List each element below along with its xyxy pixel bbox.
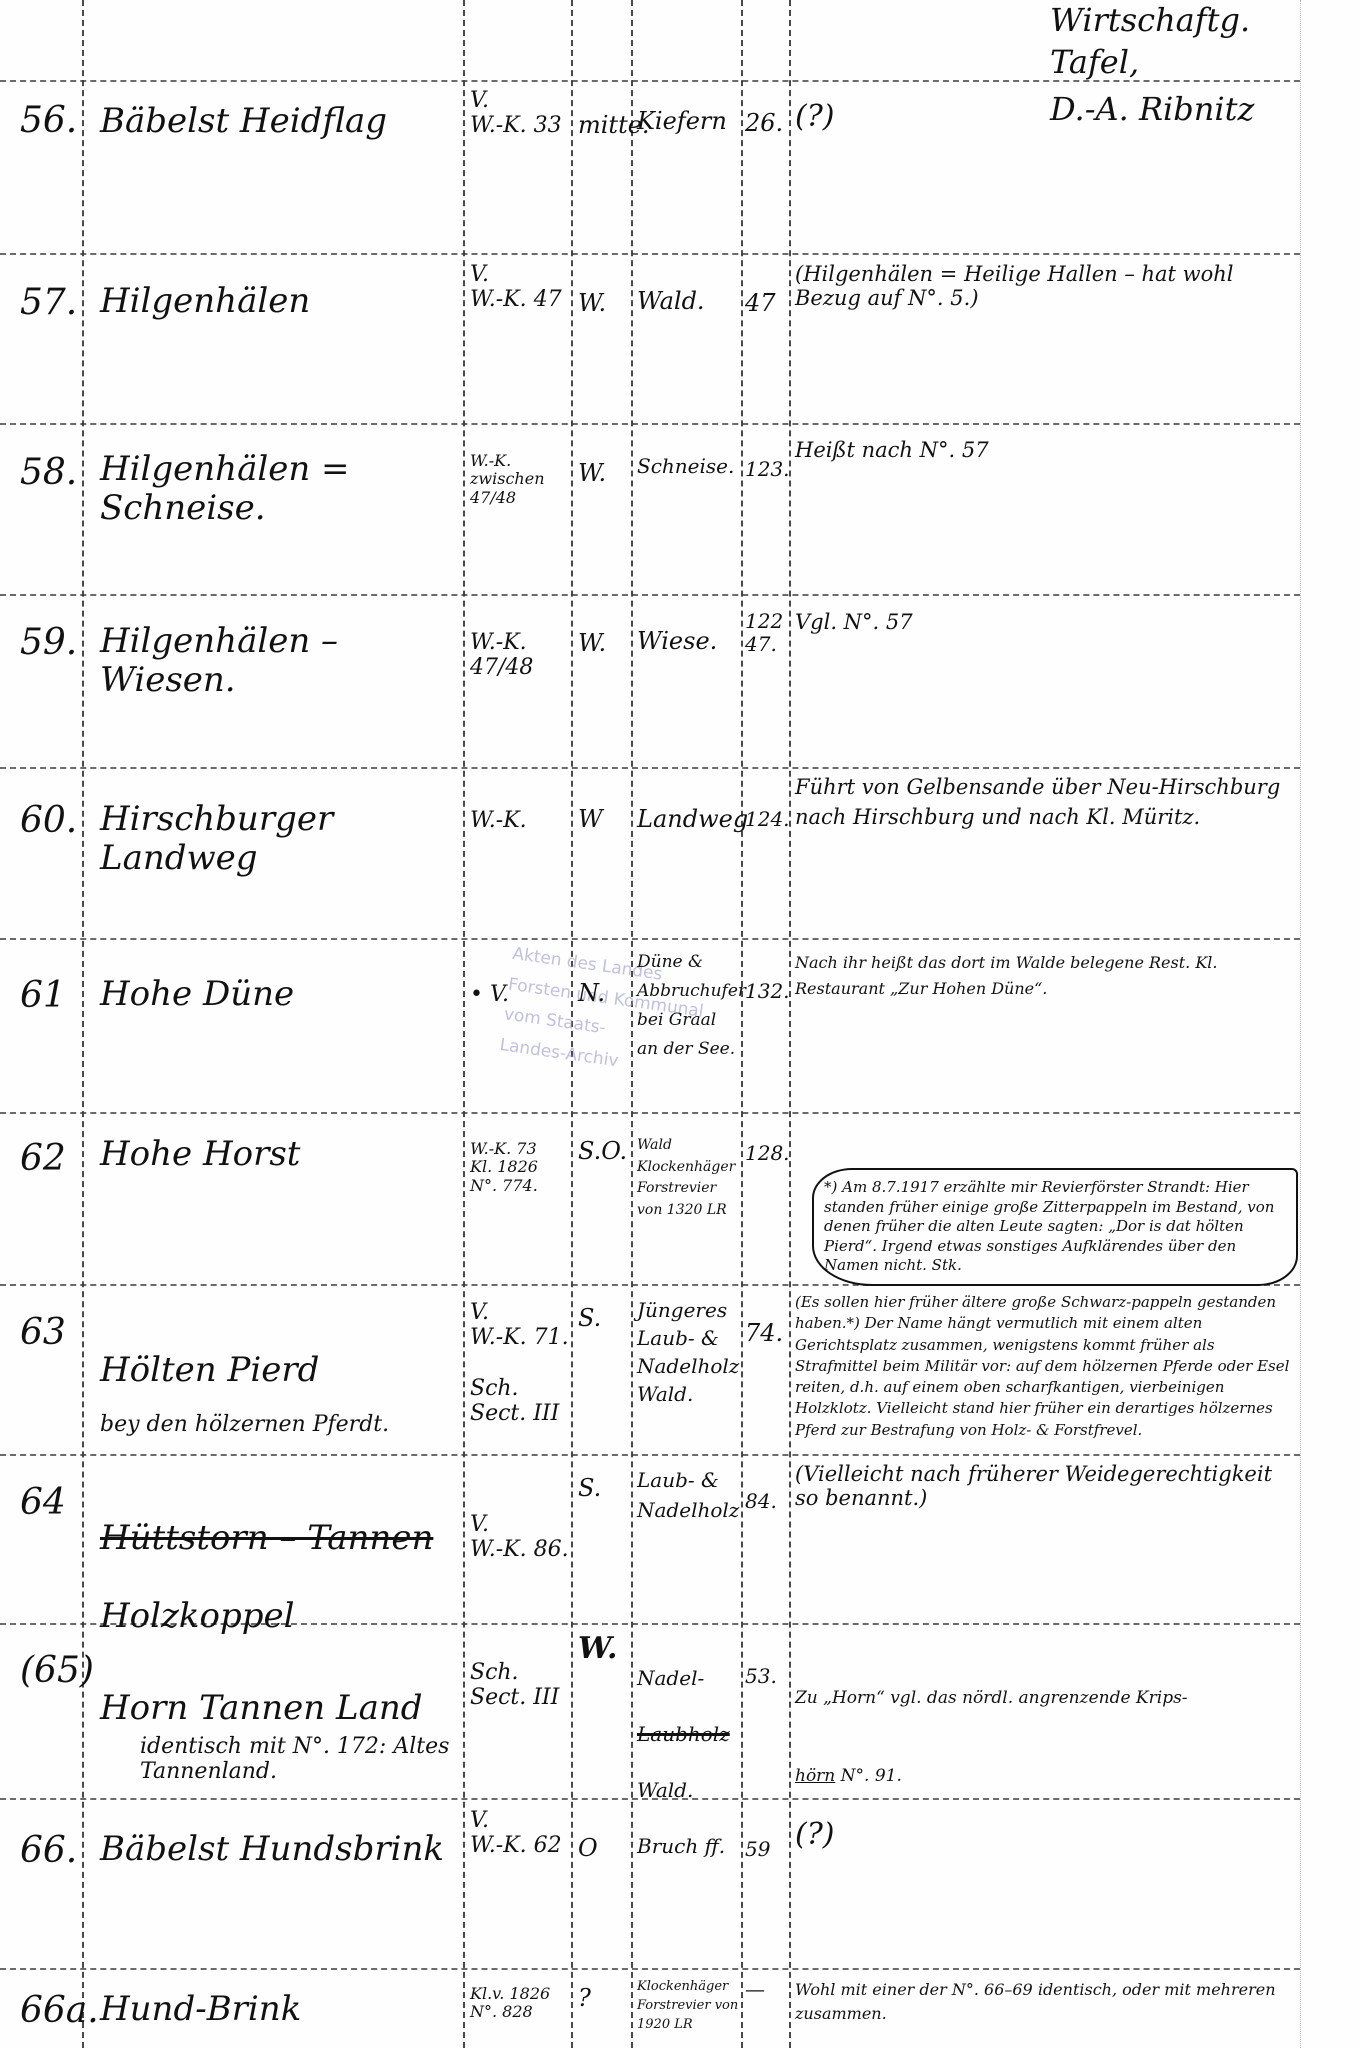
column-rule [1300, 0, 1301, 2048]
area-ref: 122 47. [745, 610, 789, 656]
land-type-main: Wald. [637, 1778, 693, 1802]
footnote-box: *) Am 8.7.1917 erzählte mir Revierförste… [812, 1168, 1298, 1286]
row-rule [0, 594, 1300, 596]
place-name: Hohe Düne [100, 975, 460, 1014]
remark-underlined: hörn [795, 1766, 835, 1786]
place-name: Bäbelst Hundsbrink [100, 1830, 460, 1869]
place-name: Bäbelst Heidflag [100, 102, 460, 141]
entry-number: 60. [20, 800, 80, 841]
entry-number: 58. [20, 452, 80, 493]
entry-number: 56. [20, 100, 80, 141]
source-ref: V. W.-K. 47 [470, 262, 570, 313]
entry-number: 66. [20, 1830, 80, 1871]
place-name: Hilgenhälen [100, 282, 460, 321]
place-name: Hund-Brink [100, 1990, 460, 2029]
land-type: Kiefern [637, 108, 741, 136]
row-rule [0, 938, 1300, 940]
direction: O [578, 1835, 630, 1863]
row-rule [0, 80, 1300, 82]
area-ref: 53. [745, 1665, 789, 1688]
place-name: Horn Tannen Land identisch mit N°. 172: … [100, 1650, 460, 1824]
place-name-main: Holzkoppel [100, 1596, 295, 1636]
direction: W. [578, 630, 630, 658]
direction: W [578, 806, 630, 834]
source-ref: V. W.-K. 62 [470, 1808, 570, 1859]
land-type: Wiese. [637, 628, 741, 656]
land-type: Klockenhäger Forstrevier von 1920 LR [637, 1978, 741, 2035]
remark: (?) [795, 1818, 1295, 1853]
place-name: Hilgenhälen = Schneise. [100, 450, 460, 528]
direction: S. [578, 1475, 630, 1503]
area-ref: 132. [745, 980, 789, 1003]
entry-number: (65) [20, 1650, 80, 1691]
remark: Wohl mit einer der N°. 66–69 identisch, … [795, 1978, 1295, 2026]
area-ref: 124. [745, 808, 789, 831]
place-name-main: Horn Tannen Land [100, 1688, 423, 1728]
area-ref: 59 [745, 1838, 789, 1861]
place-name: Hilgenhälen – Wiesen. [100, 622, 460, 700]
land-type-struck: Laubholz [637, 1722, 730, 1746]
area-ref: 26. [745, 110, 789, 138]
land-type-top: Nadel- [637, 1666, 704, 1690]
land-type: Nadel- Laubholz Wald. [637, 1636, 741, 1804]
column-rule [463, 0, 465, 2048]
ledger-page: Wirtschaftg. Tafel, D.-A. Ribnitz Akten … [0, 0, 1361, 2048]
place-name-variant: identisch mit N°. 172: Altes Tannenland. [100, 1734, 460, 1785]
remark: Führt von Gelbensande über Neu-Hirschbur… [795, 772, 1295, 833]
row-rule [0, 253, 1300, 255]
row-rule [0, 1112, 1300, 1114]
place-name: Hölten Pierd bey den hölzernen Pferdt. [100, 1312, 460, 1477]
source-ref: Kl.v. 1826 N°. 828 [470, 1985, 570, 2022]
remark: (Es sollen hier früher ältere große Schw… [795, 1292, 1295, 1441]
entry-number: 66a. [20, 1990, 80, 2031]
remark-text: Zu „Horn“ vgl. das nördl. angrenzende Kr… [795, 1688, 1188, 1708]
area-ref: 47 [745, 290, 789, 318]
entry-number: 62 [20, 1138, 80, 1179]
direction: N. [578, 980, 630, 1008]
place-name-variant: bey den hölzernen Pferdt. [100, 1412, 460, 1437]
signature-line-1: Wirtschaftg. Tafel, [1050, 0, 1300, 83]
land-type: Bruch ff. [637, 1835, 741, 1858]
place-name: Hüttstorn – Tannen Holzkoppel [100, 1480, 460, 1636]
source-ref: • V. [470, 982, 570, 1007]
area-ref: 84. [745, 1490, 789, 1513]
direction: ? [578, 1985, 630, 2013]
source-ref: V. W.-K. 33 [470, 88, 570, 139]
remark-text: N°. 91. [835, 1766, 902, 1786]
source-ref: W.-K. [470, 808, 570, 833]
land-type: Düne & Abbruchufer bei Graal an der See. [637, 948, 741, 1064]
remark: Vgl. N°. 57 [795, 610, 1295, 634]
source-ref: W.-K. 47/48 [470, 630, 570, 681]
entry-number: 61 [20, 975, 80, 1016]
direction: W. [578, 1632, 630, 1667]
land-type: Jüngeres Laub- & Nadelholz Wald. [637, 1296, 741, 1408]
place-name-struck: Hüttstorn – Tannen [100, 1518, 433, 1558]
remark: (?) [795, 100, 1295, 135]
entry-number: 63 [20, 1312, 80, 1353]
direction: W. [578, 290, 630, 318]
column-rule [82, 0, 84, 2048]
remark: Heißt nach N°. 57 [795, 438, 1295, 462]
row-rule [0, 423, 1300, 425]
direction: S.O. [578, 1138, 630, 1166]
source-ref: W.-K. 73 Kl. 1826 N°. 774. [470, 1140, 570, 1195]
land-type: Laub- & Nadelholz [637, 1465, 741, 1525]
entry-number: 57. [20, 282, 80, 323]
remark: (Hilgenhälen = Heilige Hallen – hat wohl… [795, 262, 1295, 310]
row-rule [0, 1968, 1300, 1970]
area-ref: 128. [745, 1142, 789, 1165]
entry-number: 59. [20, 622, 80, 663]
land-type: Schneise. [637, 455, 741, 478]
place-name-main: Hölten Pierd [100, 1350, 319, 1390]
row-rule [0, 767, 1300, 769]
entry-number: 64 [20, 1482, 80, 1523]
direction: mitte. [578, 112, 630, 140]
direction: S. [578, 1305, 630, 1333]
remark: (Vielleicht nach früherer Weidegerechtig… [795, 1462, 1295, 1510]
remark: Nach ihr heißt das dort im Walde belegen… [795, 950, 1295, 1001]
land-type: Wald. [637, 288, 741, 316]
area-ref: — [745, 1978, 789, 2001]
area-ref: 74. [745, 1320, 789, 1348]
area-ref: 123. [745, 458, 789, 481]
source-ref: V. W.-K. 71. Sch. Sect. III [470, 1300, 570, 1426]
place-name: Hirschburger Landweg [100, 800, 460, 878]
column-rule [789, 0, 791, 2048]
land-type: Landweg [637, 806, 741, 834]
direction: W. [578, 460, 630, 488]
source-ref: Sch. Sect. III [470, 1660, 570, 1711]
source-ref: V. W.-K. 86. [470, 1512, 570, 1563]
remark: Zu „Horn“ vgl. das nördl. angrenzende Kr… [795, 1640, 1295, 1796]
source-ref: W.-K. zwischen 47/48 [470, 452, 570, 507]
land-type: Wald Klockenhäger Forstrevier von 1320 L… [637, 1135, 741, 1222]
place-name: Hohe Horst [100, 1135, 460, 1174]
